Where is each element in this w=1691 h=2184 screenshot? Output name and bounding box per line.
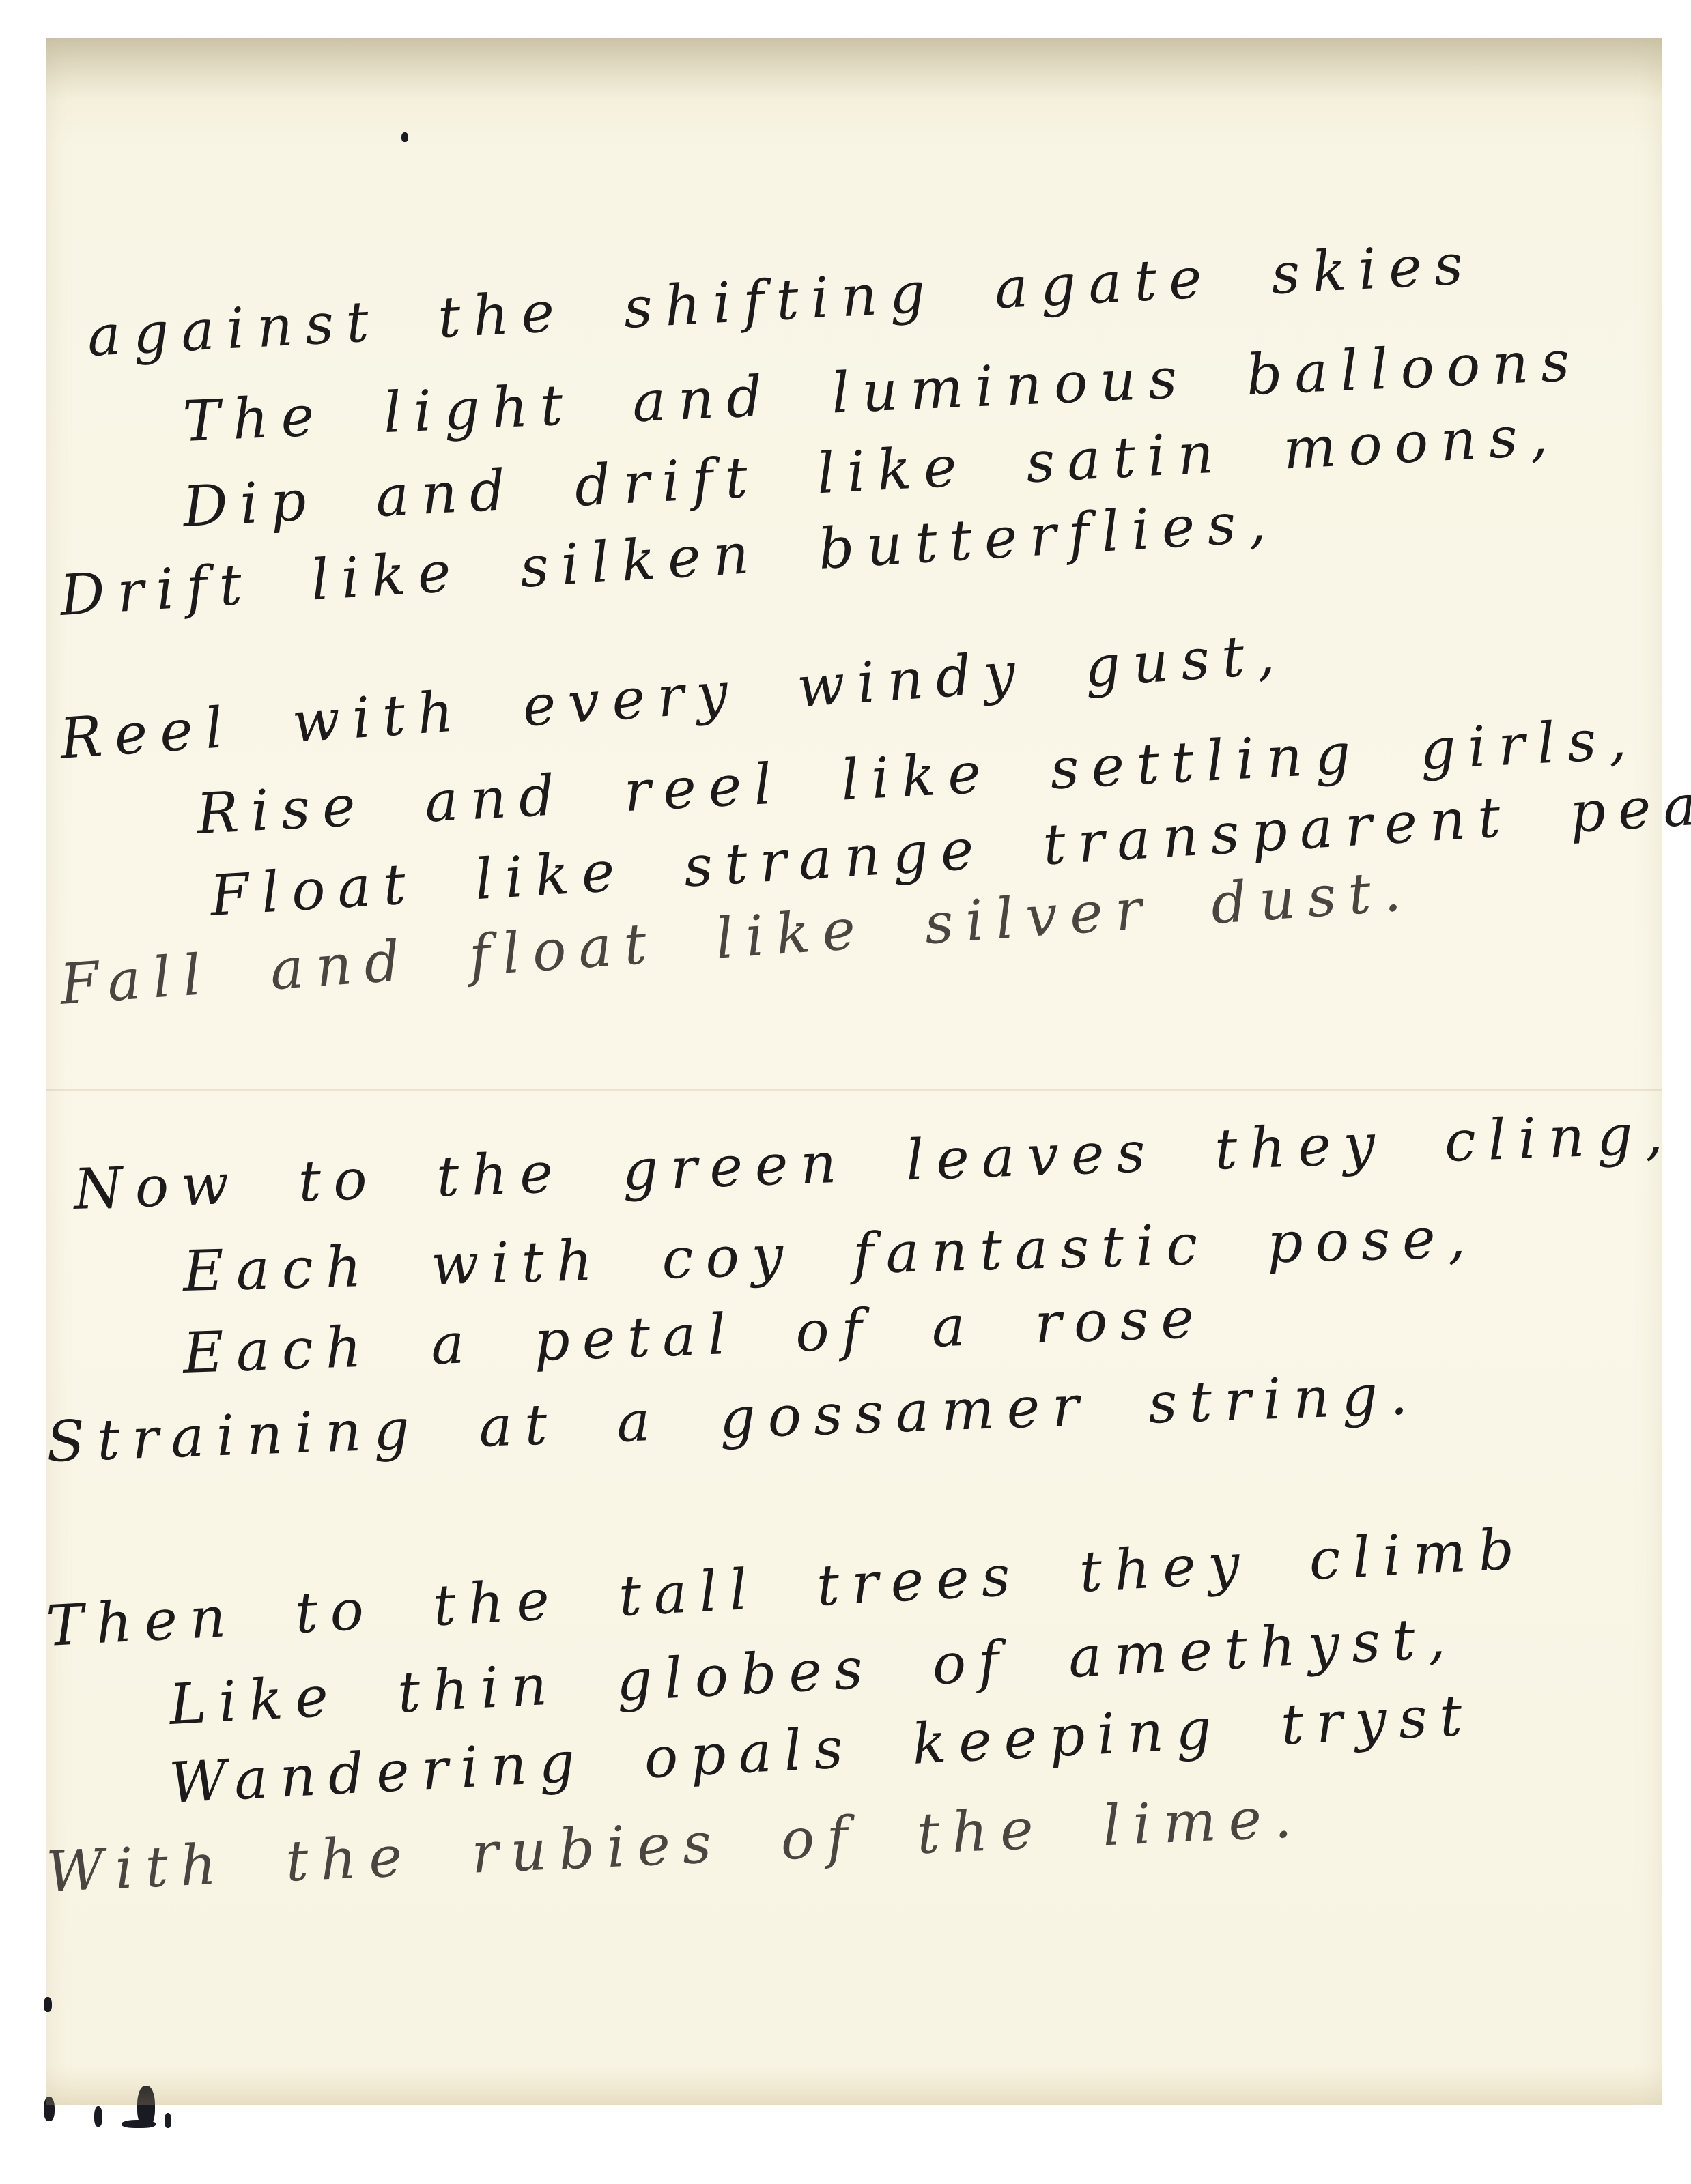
ink-stain [165,2113,171,2128]
poem-line: Each a petal of a rose [182,1286,1207,1386]
poem-line: Each with coy fantastic pose, [182,1205,1479,1304]
fold-crease [46,1089,1662,1091]
ink-dot [401,132,408,142]
manuscript-page: against the shifting agate skies The lig… [46,38,1662,2105]
ink-stain [44,1997,52,2012]
ink-stain [122,2120,156,2128]
ink-stain [44,2097,55,2121]
ink-stain [94,2106,102,2127]
poem-line: Now to the green leaves they cling, [72,1102,1676,1222]
